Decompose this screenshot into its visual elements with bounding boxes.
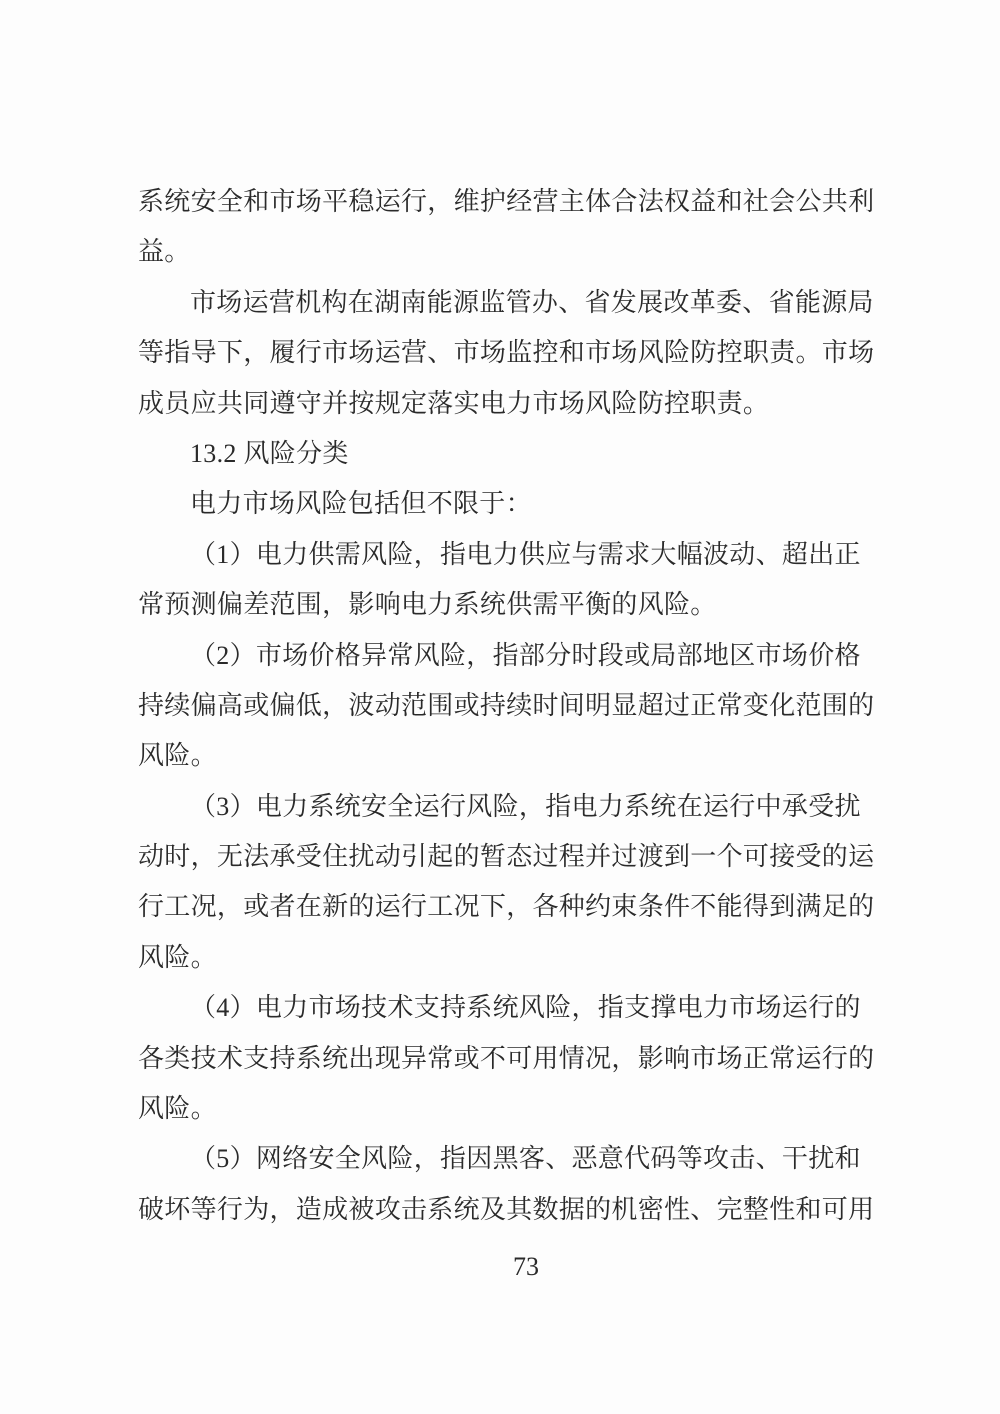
paragraph: （5）网络安全风险，指因黑客、恶意代码等攻击、干扰和破坏等行为，造成被攻击系统及… [138, 1134, 878, 1235]
text-line: （1）电力供需风险，指电力供应与需求大幅波动、超出正 [138, 530, 878, 580]
text-line: 各类技术支持系统出现异常或不可用情况，影响市场正常运行的 [138, 1034, 878, 1084]
paragraph: 市场运营机构在湖南能源监管办、省发展改革委、省能源局等指导下，履行市场运营、市场… [138, 278, 878, 429]
paragraph: （1）电力供需风险，指电力供应与需求大幅波动、超出正常预测偏差范围，影响电力系统… [138, 530, 878, 631]
text-line: 持续偏高或偏低，波动范围或持续时间明显超过正常变化范围的 [138, 681, 878, 731]
text-line: 风险。 [138, 1084, 878, 1134]
text-line: （5）网络安全风险，指因黑客、恶意代码等攻击、干扰和 [138, 1134, 878, 1184]
text-line: 成员应共同遵守并按规定落实电力市场风险防控职责。 [138, 379, 878, 429]
text-line: 动时，无法承受住扰动引起的暂态过程并过渡到一个可接受的运 [138, 832, 878, 882]
section-heading: 13.2 风险分类 [138, 429, 878, 479]
text-line: 破坏等行为，造成被攻击系统及其数据的机密性、完整性和可用 [138, 1185, 878, 1235]
text-line: 系统安全和市场平稳运行，维护经营主体合法权益和社会公共利 [138, 177, 878, 227]
text-line: （4）电力市场技术支持系统风险，指支撑电力市场运行的 [138, 983, 878, 1033]
text-line: 电力市场风险包括但不限于： [138, 479, 878, 529]
paragraph: （4）电力市场技术支持系统风险，指支撑电力市场运行的各类技术支持系统出现异常或不… [138, 983, 878, 1134]
text-line: 行工况，或者在新的运行工况下，各种约束条件不能得到满足的 [138, 882, 878, 932]
document-body: 系统安全和市场平稳运行，维护经营主体合法权益和社会公共利益。市场运营机构在湖南能… [138, 177, 878, 1235]
paragraph: （2）市场价格异常风险，指部分时段或局部地区市场价格持续偏高或偏低，波动范围或持… [138, 631, 878, 782]
text-line: （3）电力系统安全运行风险，指电力系统在运行中承受扰 [138, 782, 878, 832]
paragraph: 系统安全和市场平稳运行，维护经营主体合法权益和社会公共利益。 [138, 177, 878, 278]
document-page: { "page": { "number": "73", "background_… [0, 0, 1000, 1414]
text-line: 风险。 [138, 933, 878, 983]
page-number: 73 [0, 1252, 1000, 1282]
paragraph: （3）电力系统安全运行风险，指电力系统在运行中承受扰动时，无法承受住扰动引起的暂… [138, 782, 878, 984]
text-line: （2）市场价格异常风险，指部分时段或局部地区市场价格 [138, 631, 878, 681]
text-line: 常预测偏差范围，影响电力系统供需平衡的风险。 [138, 580, 878, 630]
text-line: 风险。 [138, 731, 878, 781]
text-line: 等指导下，履行市场运营、市场监控和市场风险防控职责。市场 [138, 328, 878, 378]
paragraph: 电力市场风险包括但不限于： [138, 479, 878, 529]
text-line: 益。 [138, 227, 878, 277]
text-line: 13.2 风险分类 [138, 429, 878, 479]
text-line: 市场运营机构在湖南能源监管办、省发展改革委、省能源局 [138, 278, 878, 328]
